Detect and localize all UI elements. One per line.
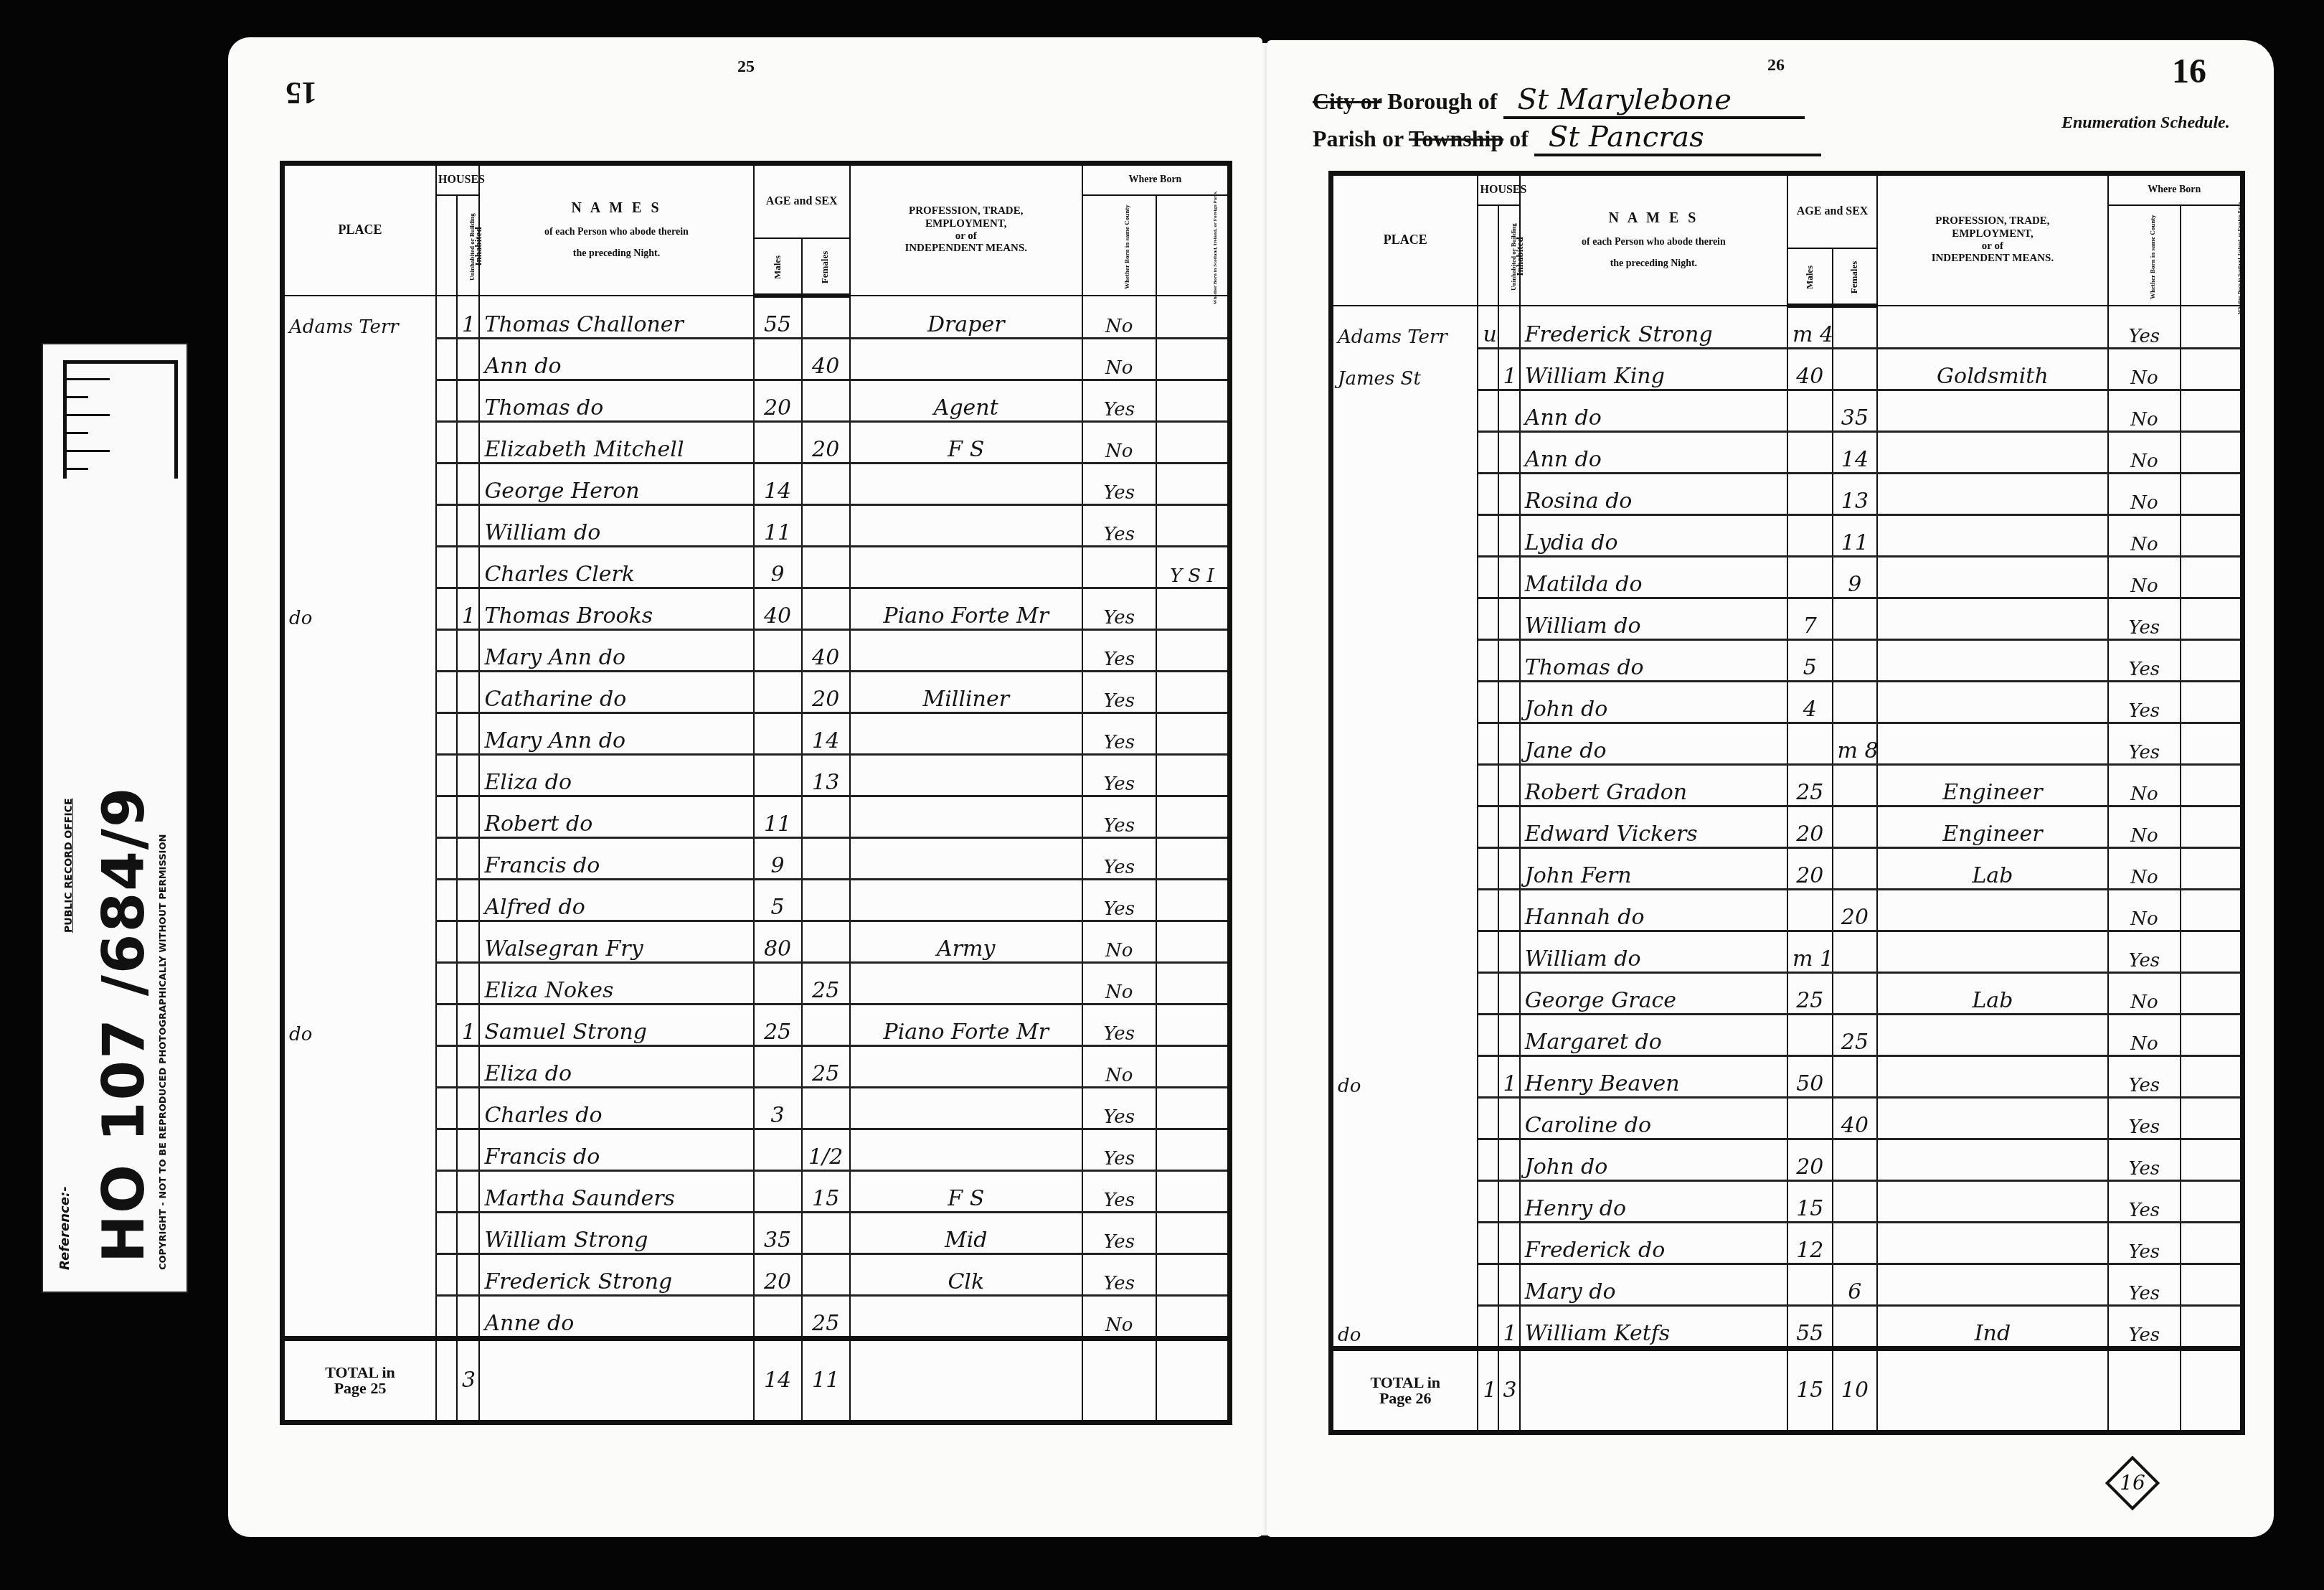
- inhabited-cell: [1498, 390, 1520, 431]
- table-row: Catharine do20MillinerYes: [283, 671, 1230, 712]
- born-abroad-label: Whether Born in Scotland, Ireland, or Fo…: [2236, 201, 2242, 315]
- total-inhabited: 3: [1498, 1348, 1520, 1432]
- profession-line-1: PROFESSION, TRADE,: [852, 205, 1080, 217]
- name-cell: Jane do: [1520, 723, 1787, 764]
- uninhabited-cell: [1478, 764, 1498, 806]
- uninhabited-cell: [436, 380, 457, 421]
- inhabited-cell: [457, 671, 479, 712]
- total-inhabited: 3: [457, 1338, 479, 1422]
- profession-cell: Milliner: [850, 671, 1082, 712]
- profession-cell: [1877, 1055, 2108, 1097]
- born-abroad-cell: [1156, 1170, 1230, 1212]
- name-cell: Charles Clerk: [479, 546, 753, 588]
- name-cell: Catharine do: [479, 671, 753, 712]
- name-cell: Eliza Nokes: [479, 962, 753, 1004]
- born-abroad-cell: [1156, 962, 1230, 1004]
- uninhabited-cell: [1478, 972, 1498, 1014]
- total-label-line-2: Page 26: [1338, 1391, 1473, 1406]
- born-abroad-cell: [1156, 1295, 1230, 1338]
- name-cell: William do: [1520, 598, 1787, 639]
- place-cell: [283, 1295, 437, 1338]
- place-cell: [1331, 598, 1478, 639]
- age-female-cell: [802, 1004, 850, 1045]
- reference-label: Reference:-: [57, 1186, 72, 1270]
- measurement-ruler: [63, 360, 178, 479]
- profession-cell: [1877, 514, 2108, 556]
- age-female-cell: 25: [1833, 1014, 1878, 1055]
- age-male-cell: 9: [754, 546, 802, 588]
- schedule-label: Enumeration Schedule.: [2061, 113, 2230, 133]
- inhabited-cell: [457, 1045, 479, 1087]
- uninhabited-cell: [1478, 348, 1498, 390]
- name-cell: John do: [1520, 681, 1787, 723]
- total-profession: [1877, 1348, 2108, 1432]
- born-county-label: Whether Born in same County: [1123, 204, 1130, 289]
- born-county-cell: Yes: [2108, 1180, 2181, 1222]
- born-county-cell: Yes: [1082, 1253, 1156, 1295]
- age-female-cell: [802, 879, 850, 921]
- place-cell: [283, 712, 437, 754]
- inhabited-cell: [1498, 847, 1520, 889]
- age-male-cell: [1787, 390, 1833, 431]
- name-cell: Henry Beaven: [1520, 1055, 1787, 1097]
- born-abroad-cell: [2181, 723, 2242, 764]
- born-county-cell: Yes: [1082, 588, 1156, 629]
- names-title: N A M E S: [481, 200, 751, 217]
- place-cell: do: [1331, 1055, 1478, 1097]
- table-row: Francis do9Yes: [283, 837, 1230, 879]
- place-cell: [1331, 847, 1478, 889]
- header-uninhabited: Uninhabited or Building: [1478, 205, 1498, 306]
- table-row: John do4Yes: [1331, 681, 2243, 723]
- total-row: TOTAL inPage 261 u31510: [1331, 1348, 2243, 1432]
- inhabited-cell: [1498, 723, 1520, 764]
- age-male-cell: [754, 1045, 802, 1087]
- inhabited-cell: [1498, 556, 1520, 598]
- place-cell: [1331, 1014, 1478, 1055]
- age-male-cell: [754, 421, 802, 463]
- page-number: 25: [737, 57, 755, 77]
- age-female-cell: 14: [802, 712, 850, 754]
- age-male-cell: 4: [1787, 681, 1833, 723]
- place-cell: [283, 1045, 437, 1087]
- inhabited-cell: 1: [457, 1004, 479, 1045]
- name-cell: Edward Vickers: [1520, 806, 1787, 847]
- born-abroad-cell: [1156, 588, 1230, 629]
- name-cell: Frederick do: [1520, 1222, 1787, 1264]
- table-row: William do11Yes: [283, 504, 1230, 546]
- folio-stamp-number: 16: [2116, 1467, 2149, 1500]
- place-cell: [283, 1170, 437, 1212]
- born-abroad-cell: [2181, 764, 2242, 806]
- inhabited-cell: [1498, 473, 1520, 514]
- born-abroad-cell: [2181, 1264, 2242, 1305]
- born-county-cell: No: [1082, 1295, 1156, 1338]
- age-female-cell: [1833, 1139, 1878, 1180]
- total-label-line-2: Page 25: [289, 1380, 431, 1396]
- age-male-cell: 20: [1787, 806, 1833, 847]
- born-county-cell: Yes: [2108, 1055, 2181, 1097]
- profession-cell: Army: [850, 921, 1082, 962]
- born-county-cell: Yes: [1082, 1004, 1156, 1045]
- name-cell: Robert do: [479, 796, 753, 837]
- name-cell: Thomas do: [479, 380, 753, 421]
- born-abroad-cell: [2181, 681, 2242, 723]
- place-cell: [1331, 1097, 1478, 1139]
- age-female-cell: 20: [1833, 889, 1878, 931]
- table-row: Walsegran Fry80ArmyNo: [283, 921, 1230, 962]
- name-cell: William Ketfs: [1520, 1305, 1787, 1348]
- place-cell: [283, 796, 437, 837]
- place-cell: [283, 380, 437, 421]
- profession-cell: [850, 754, 1082, 796]
- uninhabited-cell: [1478, 931, 1498, 972]
- name-cell: Eliza do: [479, 1045, 753, 1087]
- born-abroad-cell: [1156, 1129, 1230, 1170]
- table-row: do1Henry Beaven50Yes: [1331, 1055, 2243, 1097]
- place-cell: do: [283, 588, 437, 629]
- inhabited-cell: [1498, 972, 1520, 1014]
- uninhabited-cell: [436, 1045, 457, 1087]
- header-age-sex: AGE and SEX: [1787, 174, 1877, 248]
- age-male-cell: [754, 338, 802, 380]
- name-cell: Robert Gradon: [1520, 764, 1787, 806]
- header-females: Females: [802, 238, 850, 296]
- inhabited-cell: [457, 754, 479, 796]
- uninhabited-cell: [1478, 1222, 1498, 1264]
- inhabited-cell: [457, 712, 479, 754]
- profession-cell: Piano Forte Mr: [850, 1004, 1082, 1045]
- born-county-cell: Yes: [1082, 712, 1156, 754]
- name-cell: Frederick Strong: [479, 1253, 753, 1295]
- age-female-cell: [802, 380, 850, 421]
- name-cell: Ann do: [1520, 431, 1787, 473]
- born-abroad-cell: [1156, 421, 1230, 463]
- place-cell: [1331, 639, 1478, 681]
- table-row: Ann do14No: [1331, 431, 2243, 473]
- born-county-cell: Yes: [1082, 380, 1156, 421]
- uninhabited-cell: [436, 879, 457, 921]
- born-abroad-cell: [1156, 629, 1230, 671]
- table-row: Rosina do13No: [1331, 473, 2243, 514]
- born-county-cell: No: [1082, 962, 1156, 1004]
- age-female-cell: [802, 837, 850, 879]
- name-cell: Thomas Brooks: [479, 588, 753, 629]
- age-female-cell: [802, 296, 850, 339]
- record-office-label: PUBLIC RECORD OFFICE: [63, 799, 75, 933]
- table-row: John Fern20LabNo: [1331, 847, 2243, 889]
- header-males: Males: [754, 238, 802, 296]
- profession-cell: [1877, 1139, 2108, 1180]
- uninhabited-cell: [1478, 723, 1498, 764]
- born-county-cell: Yes: [2108, 306, 2181, 349]
- name-cell: Mary do: [1520, 1264, 1787, 1305]
- inhabited-cell: [1498, 681, 1520, 723]
- table-row: do1William Ketfs55IndYes: [1331, 1305, 2243, 1348]
- born-county-cell: Yes: [2108, 1097, 2181, 1139]
- born-county-cell: Yes: [1082, 754, 1156, 796]
- header-born-county: Whether Born in same County: [2108, 205, 2181, 306]
- born-abroad-cell: [1156, 712, 1230, 754]
- uninhabited-cell: [436, 504, 457, 546]
- profession-cell: [1877, 1180, 2108, 1222]
- age-male-cell: 35: [754, 1212, 802, 1253]
- profession-cell: Piano Forte Mr: [850, 588, 1082, 629]
- place-cell: James St: [1331, 348, 1478, 390]
- age-male-cell: 55: [754, 296, 802, 339]
- age-male-cell: [1787, 723, 1833, 764]
- uninhabited-cell: [436, 921, 457, 962]
- born-county-cell: No: [2108, 473, 2181, 514]
- name-cell: Anne do: [479, 1295, 753, 1338]
- females-label: Females: [1849, 261, 1860, 293]
- born-county-cell: Yes: [2108, 639, 2181, 681]
- age-male-cell: 20: [1787, 1139, 1833, 1180]
- header-males: Males: [1787, 248, 1833, 306]
- profession-line-4: INDEPENDENT MEANS.: [852, 243, 1080, 255]
- table-row: Robert Gradon25EngineerNo: [1331, 764, 2243, 806]
- place-cell: [1331, 681, 1478, 723]
- profession-cell: Goldsmith: [1877, 348, 2108, 390]
- name-cell: Eliza do: [479, 754, 753, 796]
- age-female-cell: 13: [802, 754, 850, 796]
- uninhabited-cell: [1478, 1055, 1498, 1097]
- uninhabited-cell: [1478, 1139, 1498, 1180]
- place-cell: [1331, 764, 1478, 806]
- inhabited-cell: 1: [457, 296, 479, 339]
- table-row: Francis do1/2Yes: [283, 1129, 1230, 1170]
- age-female-cell: 40: [1833, 1097, 1878, 1139]
- age-female-cell: 1/2: [802, 1129, 850, 1170]
- place-cell: [283, 671, 437, 712]
- table-row: Thomas do20AgentYes: [283, 380, 1230, 421]
- age-male-cell: [754, 754, 802, 796]
- profession-cell: [1877, 1222, 2108, 1264]
- age-female-cell: [1833, 847, 1878, 889]
- inhabited-cell: [1498, 1139, 1520, 1180]
- total-label: TOTAL inPage 25: [283, 1338, 437, 1422]
- folio-number: 15: [285, 75, 317, 111]
- born-abroad-cell: [1156, 380, 1230, 421]
- age-female-cell: 40: [802, 629, 850, 671]
- age-male-cell: [1787, 1264, 1833, 1305]
- age-female-cell: 14: [1833, 431, 1878, 473]
- place-cell: [283, 546, 437, 588]
- born-abroad-cell: [1156, 796, 1230, 837]
- inhabited-cell: [1498, 514, 1520, 556]
- inhabited-cell: [457, 380, 479, 421]
- inhabited-cell: [457, 1253, 479, 1295]
- place-cell: [283, 1129, 437, 1170]
- total-label-line-1: TOTAL in: [1338, 1375, 1473, 1391]
- profession-cell: [1877, 931, 2108, 972]
- uninhabited-cell: [1478, 639, 1498, 681]
- born-county-cell: No: [2108, 847, 2181, 889]
- place-cell: [1331, 889, 1478, 931]
- name-cell: John Fern: [1520, 847, 1787, 889]
- born-county-cell: No: [1082, 421, 1156, 463]
- place-cell: [283, 879, 437, 921]
- borough-line: City or Borough of St Marylebone: [1313, 83, 1805, 119]
- profession-cell: Lab: [1877, 972, 2108, 1014]
- age-male-cell: [1787, 889, 1833, 931]
- age-female-cell: 11: [1833, 514, 1878, 556]
- uninhabited-cell: [1478, 431, 1498, 473]
- age-female-cell: 35: [1833, 390, 1878, 431]
- born-county-cell: Yes: [2108, 723, 2181, 764]
- age-male-cell: 3: [754, 1087, 802, 1129]
- uninhabited-cell: [436, 338, 457, 380]
- born-abroad-cell: [1156, 504, 1230, 546]
- parish-value: St Pancras: [1534, 121, 1821, 156]
- header-houses: HOUSES: [1478, 174, 1519, 205]
- age-male-cell: 5: [1787, 639, 1833, 681]
- inhabited-cell: [1498, 306, 1520, 349]
- born-abroad-cell: [2181, 889, 2242, 931]
- page-number: 26: [1767, 56, 1785, 75]
- name-cell: Margaret do: [1520, 1014, 1787, 1055]
- age-female-cell: 20: [802, 421, 850, 463]
- born-abroad-cell: [1156, 296, 1230, 339]
- profession-cell: [850, 1295, 1082, 1338]
- header-place: PLACE: [283, 164, 437, 296]
- age-female-cell: [1833, 806, 1878, 847]
- census-rows-right: Adams TerruaFrederick Strongm 4YesJames …: [1331, 306, 2243, 1433]
- born-county-cell: No: [1082, 338, 1156, 380]
- born-county-cell: Yes: [1082, 796, 1156, 837]
- table-row: John do20Yes: [1331, 1139, 2243, 1180]
- place-cell: [283, 921, 437, 962]
- inhabited-cell: 1: [1498, 1305, 1520, 1348]
- age-female-cell: 25: [802, 1295, 850, 1338]
- names-subtitle: of each Person who abode therein: [1522, 237, 1785, 248]
- copyright-notice: COPYRIGHT - NOT TO BE REPRODUCED PHOTOGR…: [158, 834, 169, 1270]
- profession-cell: [850, 546, 1082, 588]
- age-male-cell: 11: [754, 504, 802, 546]
- born-county-cell: Yes: [1082, 837, 1156, 879]
- uninhabited-cell: [436, 629, 457, 671]
- born-abroad-cell: [1156, 338, 1230, 380]
- age-male-cell: 5: [754, 879, 802, 921]
- age-male-cell: [1787, 514, 1833, 556]
- born-abroad-cell: [2181, 473, 2242, 514]
- age-male-cell: 40: [754, 588, 802, 629]
- age-male-cell: 14: [754, 463, 802, 504]
- born-abroad-cell: [2181, 1139, 2242, 1180]
- born-county-cell: Yes: [1082, 1170, 1156, 1212]
- profession-cell: [1877, 473, 2108, 514]
- born-abroad-cell: [1156, 1045, 1230, 1087]
- table-row: Jane dom 8Yes: [1331, 723, 2243, 764]
- uninhabited-cell: [1478, 806, 1498, 847]
- total-born-county: [2108, 1348, 2181, 1432]
- name-cell: William do: [1520, 931, 1787, 972]
- place-cell: Adams Terr: [1331, 306, 1478, 349]
- age-female-cell: [802, 546, 850, 588]
- born-abroad-cell: [2181, 639, 2242, 681]
- total-males: 15: [1787, 1348, 1833, 1432]
- profession-cell: [850, 796, 1082, 837]
- inhabited-cell: 1: [1498, 348, 1520, 390]
- table-row: George Grace25LabNo: [1331, 972, 2243, 1014]
- table-row: do1Samuel Strong25Piano Forte MrYes: [283, 1004, 1230, 1045]
- borough-label: Borough of: [1387, 88, 1497, 114]
- profession-cell: [850, 837, 1082, 879]
- born-abroad-cell: [1156, 1087, 1230, 1129]
- census-table-left: PLACE HOUSES N A M E S of each Person wh…: [280, 161, 1232, 1425]
- census-rows-left: Adams Terr1Thomas Challoner55DraperNoAnn…: [283, 296, 1230, 1423]
- header-where-born: Where Born: [2108, 174, 2243, 205]
- born-county-cell: No: [2108, 390, 2181, 431]
- age-female-cell: [802, 463, 850, 504]
- table-row: Henry do15Yes: [1331, 1180, 2243, 1222]
- age-male-cell: m 12: [1787, 931, 1833, 972]
- name-cell: Matilda do: [1520, 556, 1787, 598]
- profession-cell: [850, 504, 1082, 546]
- age-female-cell: 6: [1833, 1264, 1878, 1305]
- name-cell: Frederick Strong: [1520, 306, 1787, 349]
- profession-cell: Agent: [850, 380, 1082, 421]
- profession-line-4: INDEPENDENT MEANS.: [1879, 253, 2106, 265]
- document-reference: HO 107 /684/9: [90, 786, 157, 1263]
- inhabited-cell: [1498, 1180, 1520, 1222]
- place-cell: Adams Terr: [283, 296, 437, 339]
- profession-cell: [850, 338, 1082, 380]
- inhabited-cell: [457, 421, 479, 463]
- name-cell: Charles do: [479, 1087, 753, 1129]
- profession-line-1: PROFESSION, TRADE,: [1879, 215, 2106, 227]
- profession-cell: F S: [850, 421, 1082, 463]
- table-row: Adams TerruaFrederick Strongm 4Yes: [1331, 306, 2243, 349]
- header-uninhabited: Uninhabited or Building: [436, 195, 457, 296]
- table-row: Lydia do11No: [1331, 514, 2243, 556]
- profession-cell: [850, 879, 1082, 921]
- table-row: William dom 12Yes: [1331, 931, 2243, 972]
- uninhabited-cell: [436, 546, 457, 588]
- header-profession: PROFESSION, TRADE, EMPLOYMENT, or of IND…: [1877, 174, 2108, 306]
- age-female-cell: [802, 1087, 850, 1129]
- schedule-number: 16: [2172, 52, 2206, 91]
- table-row: George Heron14Yes: [283, 463, 1230, 504]
- table-row: Ann do35No: [1331, 390, 2243, 431]
- born-abroad-cell: [2181, 1180, 2242, 1222]
- name-cell: William do: [479, 504, 753, 546]
- place-cell: [283, 1087, 437, 1129]
- place-cell: do: [283, 1004, 437, 1045]
- name-cell: William Strong: [479, 1212, 753, 1253]
- age-female-cell: [802, 1212, 850, 1253]
- born-county-cell: Yes: [1082, 1087, 1156, 1129]
- born-county-cell: No: [2108, 348, 2181, 390]
- age-male-cell: 11: [754, 796, 802, 837]
- place-cell: [1331, 556, 1478, 598]
- age-female-cell: 25: [802, 1045, 850, 1087]
- uninhabited-cell: [1478, 473, 1498, 514]
- table-row: Anne do25No: [283, 1295, 1230, 1338]
- born-abroad-cell: [1156, 921, 1230, 962]
- profession-cell: [1877, 723, 2108, 764]
- table-row: Robert do11Yes: [283, 796, 1230, 837]
- profession-cell: [1877, 889, 2108, 931]
- name-cell: Walsegran Fry: [479, 921, 753, 962]
- profession-cell: [1877, 1264, 2108, 1305]
- born-abroad-cell: [1156, 1212, 1230, 1253]
- age-male-cell: 15: [1787, 1180, 1833, 1222]
- born-county-cell: Yes: [1082, 671, 1156, 712]
- profession-cell: Engineer: [1877, 764, 2108, 806]
- total-uninhabited: 1 u: [1478, 1348, 1498, 1432]
- table-row: William do7Yes: [1331, 598, 2243, 639]
